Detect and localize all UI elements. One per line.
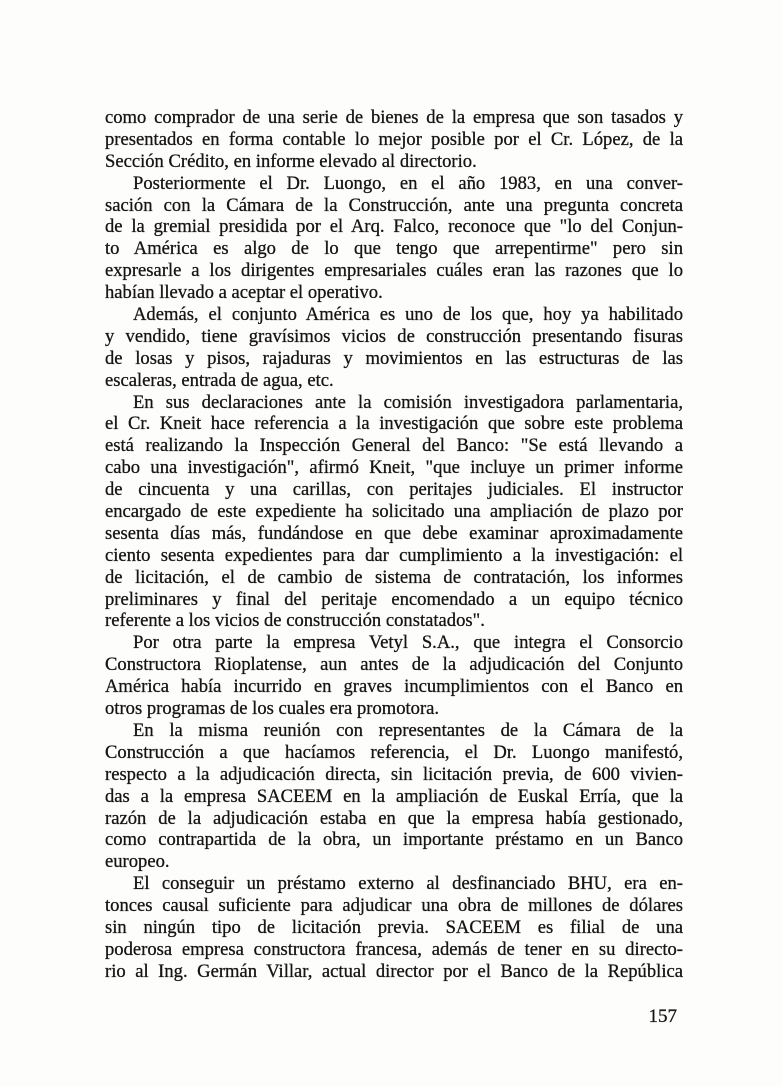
text-line: de cincuenta y una carillas, con peritaj… — [105, 479, 683, 501]
text-line: Constructora Rioplatense, aun antes de l… — [105, 654, 683, 676]
text-line: referente a los vicios de construcción c… — [105, 610, 683, 632]
text-line: preliminares y final del peritaje encome… — [105, 589, 683, 611]
text-line: europeo. — [105, 851, 683, 873]
text-line: de licitación, el de cambio de sistema d… — [105, 567, 683, 589]
text-line: presentados en forma contable lo mejor p… — [105, 129, 683, 151]
text-line: está realizando la Inspección General de… — [105, 435, 683, 457]
text-line: poderosa empresa constructora francesa, … — [105, 939, 683, 961]
text-line: sesenta días más, fundándose en que debe… — [105, 523, 683, 545]
text-line: tonces causal suficiente para adjudicar … — [105, 895, 683, 917]
text-line: expresarle a los dirigentes empresariale… — [105, 260, 683, 282]
paragraph: como comprador de una serie de bienes de… — [105, 107, 683, 173]
text-line: respecto a la adjudicación directa, sin … — [105, 764, 683, 786]
text-line: de losas y pisos, rajaduras y movimiento… — [105, 348, 683, 370]
text-line: escaleras, entrada de agua, etc. — [105, 370, 683, 392]
paragraph: Además, el conjunto América es uno de lo… — [105, 304, 683, 392]
text-line: ciento sesenta expedientes para dar cump… — [105, 545, 683, 567]
text-line: encargado de este expediente ha solicita… — [105, 501, 683, 523]
text-line: habían llevado a aceptar el operativo. — [105, 282, 683, 304]
paragraph: Posteriormente el Dr. Luongo, en el año … — [105, 173, 683, 304]
text-line: razón de la adjudicación estaba en que l… — [105, 808, 683, 830]
text-line: Sección Crédito, en informe elevado al d… — [105, 151, 683, 173]
text-line: Por otra parte la empresa Vetyl S.A., qu… — [105, 632, 683, 654]
text-line: En sus declaraciones ante la comisión in… — [105, 392, 683, 414]
text-line: como comprador de una serie de bienes de… — [105, 107, 683, 129]
document-page: como comprador de una serie de bienes de… — [0, 0, 782, 1086]
text-line: de la gremial presidida por el Arq. Falc… — [105, 216, 683, 238]
text-column: como comprador de una serie de bienes de… — [105, 107, 683, 983]
text-line: rio al Ing. Germán Villar, actual direct… — [105, 961, 683, 983]
text-line: otros programas de los cuales era promot… — [105, 698, 683, 720]
text-line: y vendido, tiene gravísimos vicios de co… — [105, 326, 683, 348]
paragraph: En la misma reunión con representantes d… — [105, 720, 683, 873]
text-line: cabo una investigación", afirmó Kneit, "… — [105, 457, 683, 479]
text-line: El conseguir un préstamo externo al desf… — [105, 873, 683, 895]
paragraph: El conseguir un préstamo externo al desf… — [105, 873, 683, 982]
text-line: En la misma reunión con representantes d… — [105, 720, 683, 742]
text-line: el Cr. Kneit hace referencia a la invest… — [105, 413, 683, 435]
text-line: sin ningún tipo de licitación previa. SA… — [105, 917, 683, 939]
text-line: Posteriormente el Dr. Luongo, en el año … — [105, 173, 683, 195]
paragraph: En sus declaraciones ante la comisión in… — [105, 392, 683, 633]
text-line: sación con la Cámara de la Construcción,… — [105, 195, 683, 217]
text-line: to América es algo de lo que tengo que a… — [105, 238, 683, 260]
text-line: das a la empresa SACEEM en la ampliación… — [105, 786, 683, 808]
text-line: Construcción a que hacíamos referencia, … — [105, 742, 683, 764]
text-line: Además, el conjunto América es uno de lo… — [105, 304, 683, 326]
text-line: América había incurrido en graves incump… — [105, 676, 683, 698]
text-line: como contrapartida de la obra, un import… — [105, 829, 683, 851]
page-number: 157 — [105, 1006, 677, 1028]
paragraph: Por otra parte la empresa Vetyl S.A., qu… — [105, 632, 683, 720]
